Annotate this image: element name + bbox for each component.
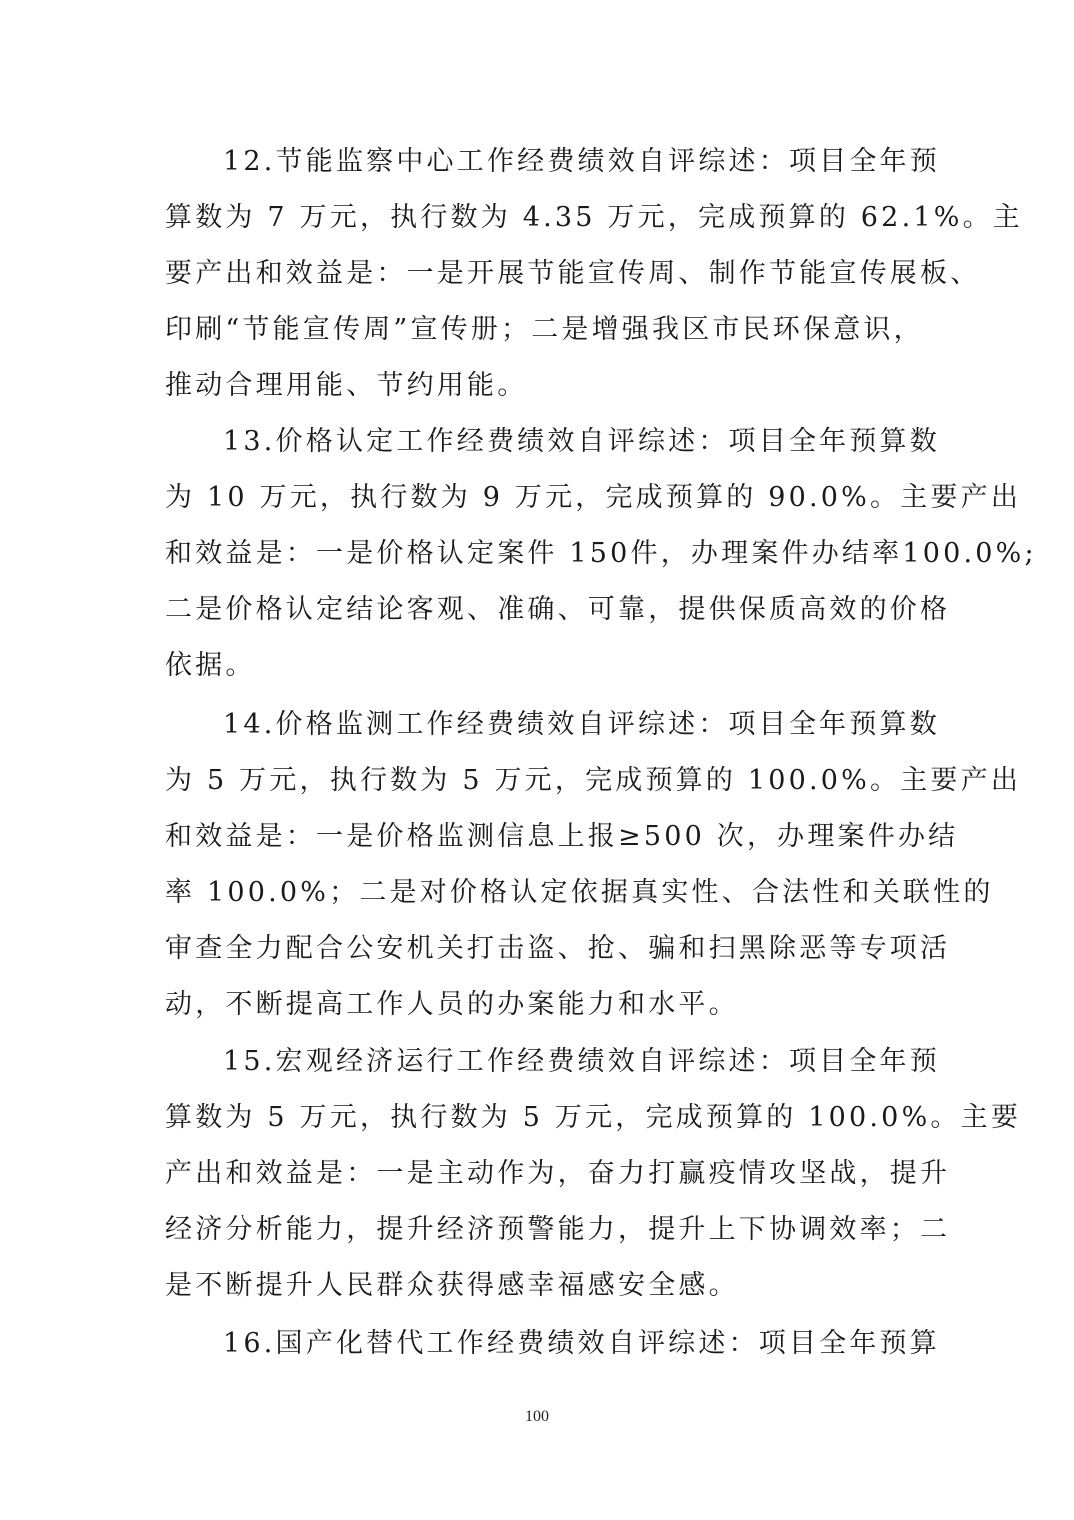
paragraph-line: 15.宏观经济运行工作经费绩效自评综述：项目全年预 bbox=[165, 1034, 910, 1090]
paragraph-line: 产出和效益是：一是主动作为，奋力打赢疫情攻坚战，提升 bbox=[165, 1146, 910, 1202]
paragraph-line: 依据。 bbox=[165, 638, 910, 694]
paragraph-line: 审查全力配合公安机关打击盗、抢、骗和扫黑除恶等专项活 bbox=[165, 921, 910, 977]
paragraph-line: 算数为 5 万元，执行数为 5 万元，完成预算的 100.0%。主要 bbox=[165, 1090, 910, 1146]
paragraph-15: 15.宏观经济运行工作经费绩效自评综述：项目全年预 算数为 5 万元，执行数为 … bbox=[165, 1034, 910, 1314]
paragraph-line: 经济分析能力，提升经济预警能力，提升上下协调效率；二 bbox=[165, 1202, 910, 1258]
paragraph-line: 二是价格认定结论客观、准确、可靠，提供保质高效的价格 bbox=[165, 582, 910, 638]
paragraph-line: 和效益是：一是价格监测信息上报≥500 次，办理案件办结 bbox=[165, 809, 910, 865]
paragraph-line: 算数为 7 万元，执行数为 4.35 万元，完成预算的 62.1%。主 bbox=[165, 190, 910, 246]
document-page: 12.节能监察中心工作经费绩效自评综述：项目全年预 算数为 7 万元，执行数为 … bbox=[0, 0, 1074, 1520]
paragraph-line: 为 10 万元，执行数为 9 万元，完成预算的 90.0%。主要产出 bbox=[165, 470, 910, 526]
paragraph-line: 是不断提升人民群众获得感幸福感安全感。 bbox=[165, 1258, 910, 1314]
paragraph-line: 13.价格认定工作经费绩效自评综述：项目全年预算数 bbox=[165, 414, 910, 470]
paragraph-13: 13.价格认定工作经费绩效自评综述：项目全年预算数 为 10 万元，执行数为 9… bbox=[165, 414, 910, 694]
paragraph-line: 14.价格监测工作经费绩效自评综述：项目全年预算数 bbox=[165, 697, 910, 753]
page-number: 100 bbox=[0, 1408, 1074, 1426]
paragraph-12: 12.节能监察中心工作经费绩效自评综述：项目全年预 算数为 7 万元，执行数为 … bbox=[165, 134, 910, 414]
paragraph-line: 和效益是：一是价格认定案件 150件，办理案件办结率100.0%; bbox=[165, 526, 910, 582]
paragraph-line: 推动合理用能、节约用能。 bbox=[165, 358, 910, 414]
paragraph-16: 16.国产化替代工作经费绩效自评综述：项目全年预算 bbox=[165, 1316, 910, 1372]
paragraph-line: 为 5 万元，执行数为 5 万元，完成预算的 100.0%。主要产出 bbox=[165, 753, 910, 809]
paragraph-14: 14.价格监测工作经费绩效自评综述：项目全年预算数 为 5 万元，执行数为 5 … bbox=[165, 697, 910, 1033]
paragraph-line: 16.国产化替代工作经费绩效自评综述：项目全年预算 bbox=[165, 1316, 910, 1372]
paragraph-line: 动，不断提高工作人员的办案能力和水平。 bbox=[165, 977, 910, 1033]
paragraph-line: 12.节能监察中心工作经费绩效自评综述：项目全年预 bbox=[165, 134, 910, 190]
paragraph-line: 率 100.0%；二是对价格认定依据真实性、合法性和关联性的 bbox=[165, 865, 910, 921]
paragraph-line: 印刷“节能宣传周”宣传册；二是增强我区市民环保意识， bbox=[165, 302, 910, 358]
paragraph-line: 要产出和效益是：一是开展节能宣传周、制作节能宣传展板、 bbox=[165, 246, 910, 302]
